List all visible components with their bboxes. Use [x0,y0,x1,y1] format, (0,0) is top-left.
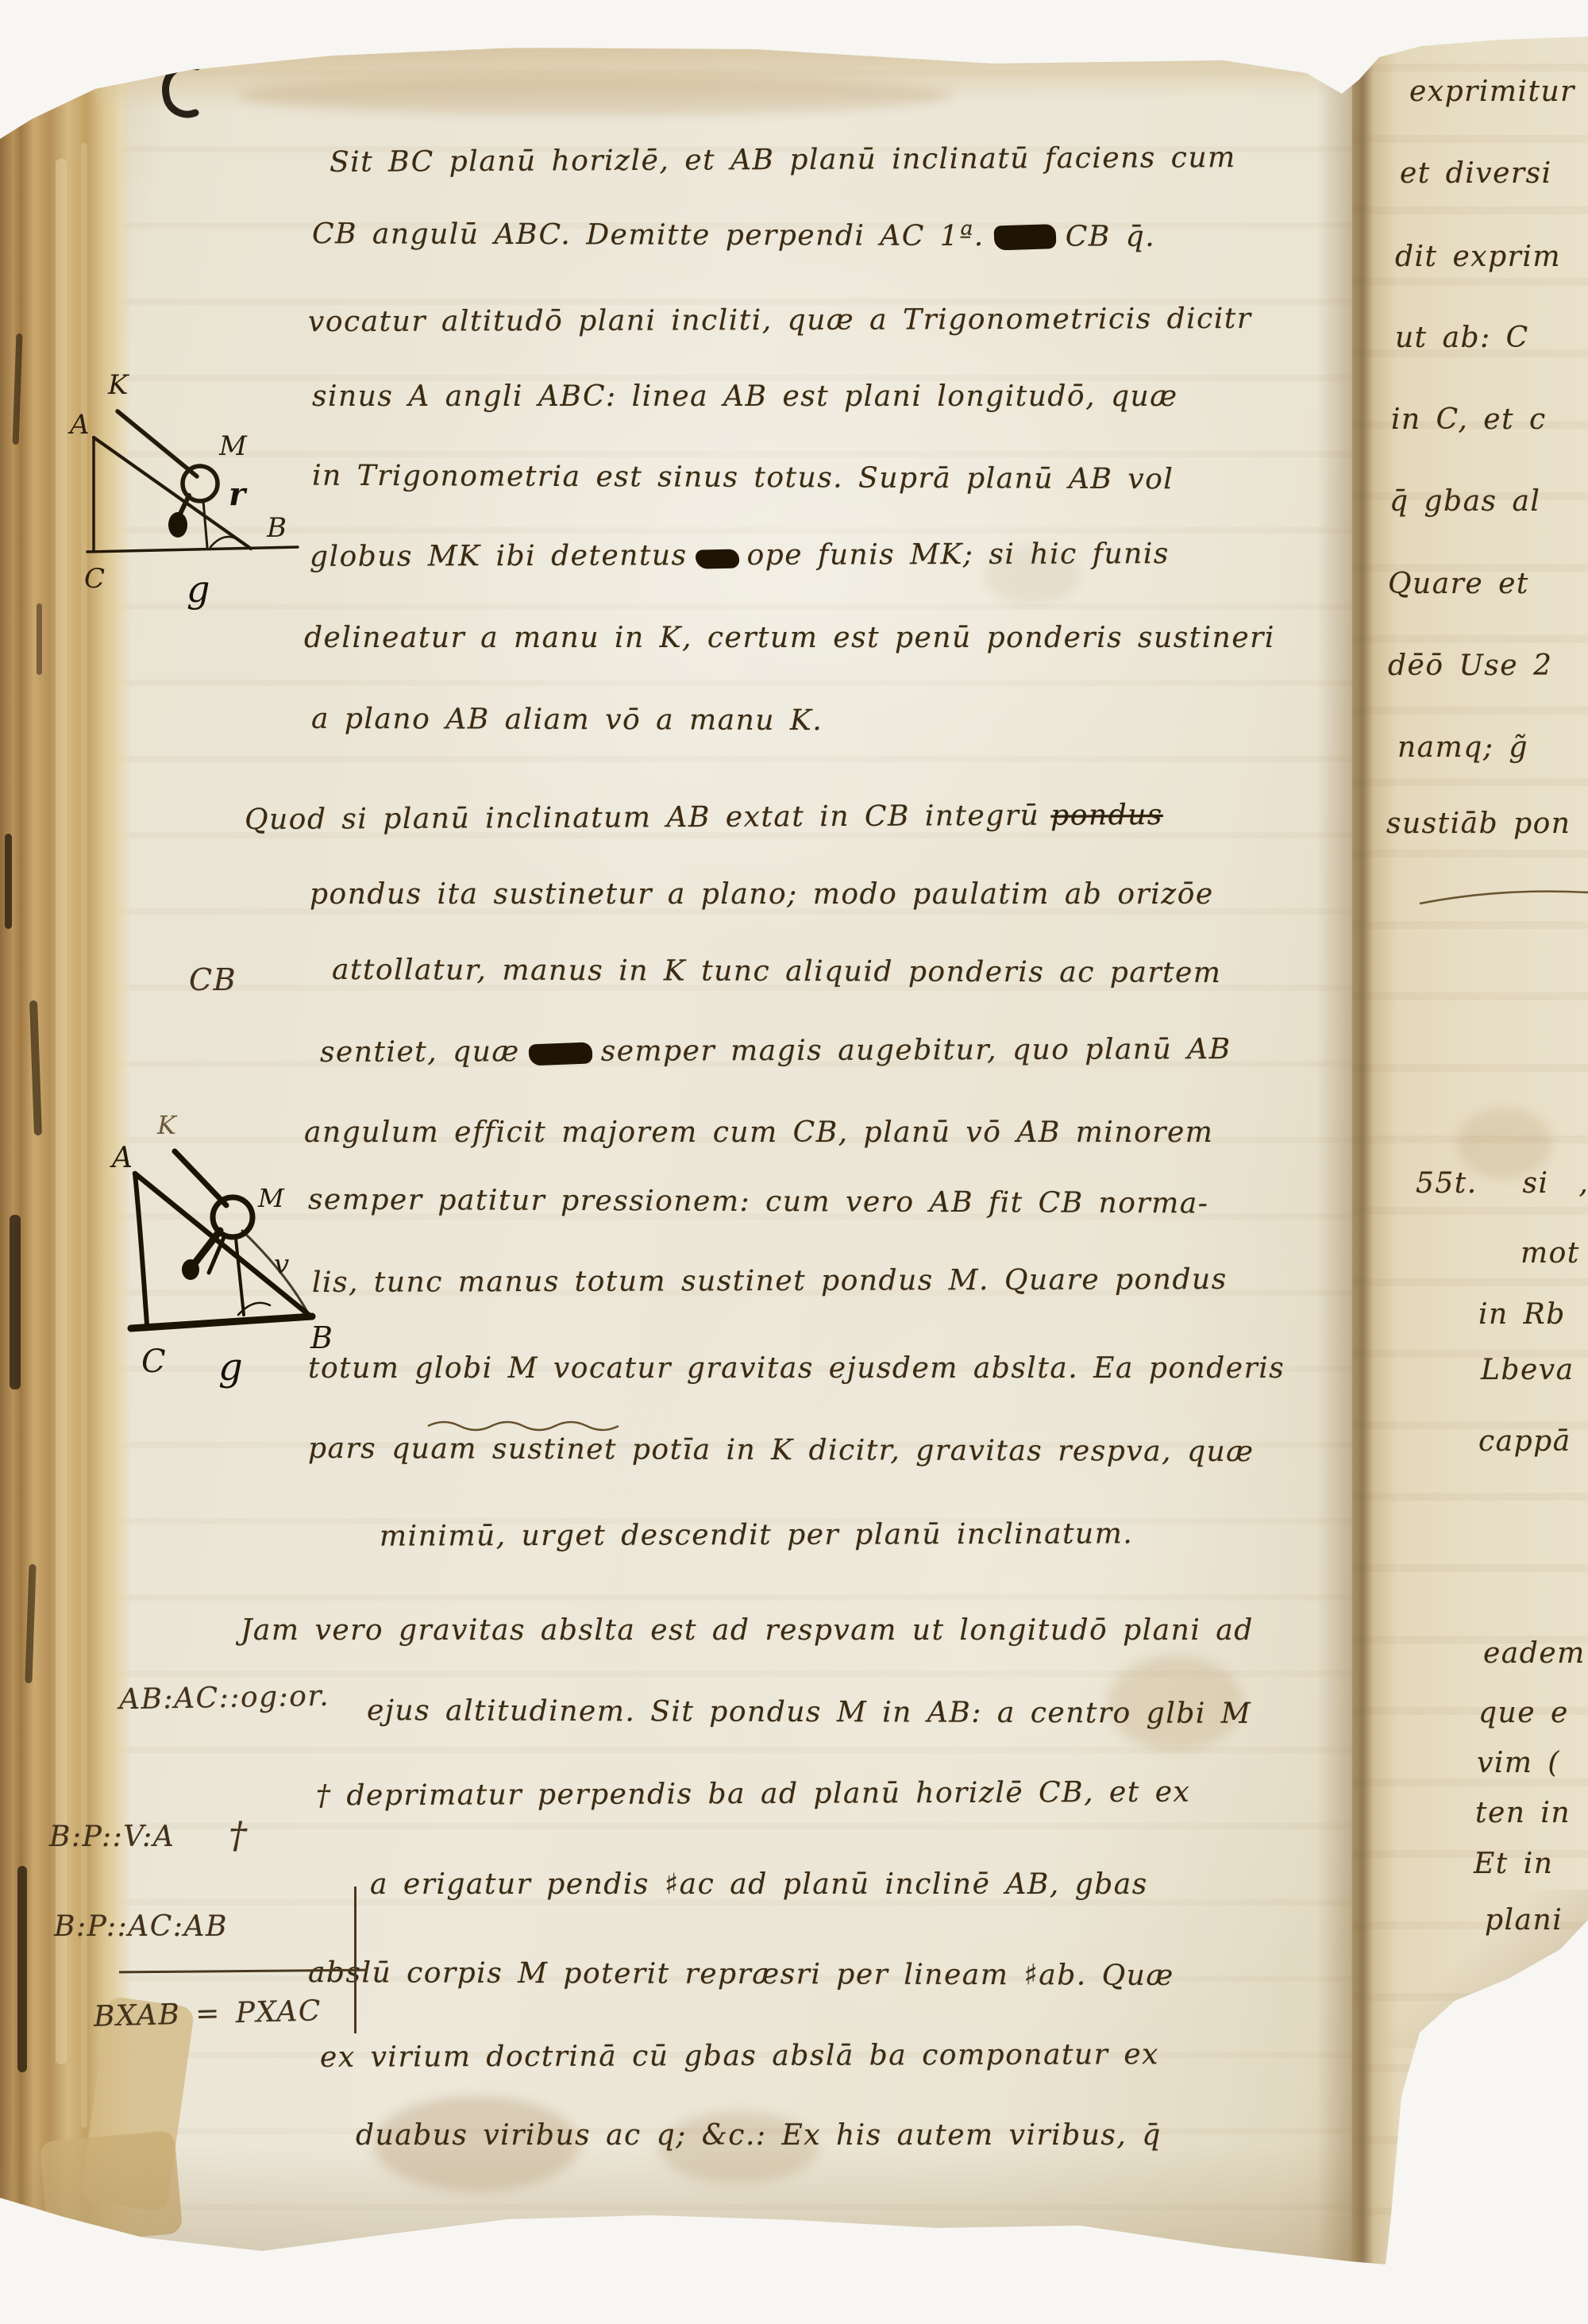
manuscript-line: abslū corpis M poterit repræsri per line… [308,1956,1174,1992]
manuscript-line: delineatur a manu in K, certum est penū … [304,622,1275,654]
line-text: in Trigonometria est sinus totus. Suprā … [312,460,1174,496]
right-page-line: ut ab: C [1395,322,1529,354]
margin-proportion-1: AB:AC::og:or. [119,1680,330,1717]
diagram-label-g: g [218,1345,243,1389]
manuscript-line: CB angulū ABC. Demitte perpendi AC 1ª.CB… [312,218,1155,253]
right-page-line: et diversi [1400,157,1552,190]
struck-word: pondus [1050,799,1163,832]
manuscript-line: duabus viribus ac q; &c.: Ex his autem v… [356,2119,1162,2152]
manuscript-line: † deprimatur perpendis ba ad planū horiz… [316,1776,1190,1813]
right-page-line: plani [1485,1904,1563,1937]
diagram-label-C: C [84,563,105,595]
wavy-underline [425,1415,639,1434]
right-page-line: Quare et [1388,568,1529,600]
manuscript-photo: { "palette":{"ink":"#33260f","ink_heavy"… [0,0,1588,2324]
line-text: CB angulū ABC. Demitte perpendi AC 1ª. [312,218,985,252]
diagram-label-v: v [274,1249,289,1281]
margin-rule-vertical [354,1887,357,2033]
line-text: abslū corpis M poterit repræsri per line… [308,1956,1174,1992]
manuscript-line: a erigatur pendis ♯ac ad planū inclinē A… [370,1868,1148,1901]
line-text: pondus ita sustinetur a plano; modo paul… [310,878,1214,911]
manuscript-line: totum globi M vocatur gravitas ejusdem a… [308,1352,1285,1385]
line-text: duabus viribus ac q; &c.: Ex his autem v… [356,2119,1162,2152]
ink-blot-strikeout [695,549,738,569]
diagram-label-g: g [187,568,210,611]
line-text: Sit BC planū horizlē, et AB planū inclin… [330,141,1236,179]
edge-crevice [10,1215,21,1389]
line-text: a erigatur pendis ♯ac ad planū inclinē A… [370,1868,1148,1901]
manuscript-line: vocatur altitudō plani incliti, quæ a Tr… [308,303,1252,338]
book-gutter [1316,32,1396,2279]
right-page-line: 55t. si , a [1416,1167,1588,1200]
manuscript-line: sentiet, quæsemper magis augebitur, quo … [320,1033,1231,1069]
manuscript-line: pondus ita sustinetur a plano; modo paul… [310,878,1214,911]
diagram-label-A: A [110,1142,133,1174]
line-text: CB q̄. [1066,220,1156,252]
right-page-line: in C, et c [1391,403,1547,436]
margin-proportion-2: B:P::V:A [49,1821,175,1853]
manuscript-line: Jam vero gravitas abslta est ad respvam … [241,1614,1254,1647]
line-text: angulum efficit majorem cum CB, planū vō… [304,1116,1213,1149]
diagram-label-K: K [107,369,130,401]
manuscript-line: a plano AB aliam vō a manu K. [311,703,823,737]
diagram-label-M: M [218,430,248,462]
line-text: sinus A angli ABC: linea AB est plani lo… [312,380,1178,413]
open-book: Sit BC planū horizlē, et AB planū inclin… [0,0,1588,2324]
right-page-line: mot [1521,1237,1580,1270]
manuscript-line: Quod si planū inclinatum AB extat in CB … [245,799,1163,836]
ink-blot-redaction [993,224,1056,250]
diagram-inclined-plane-1: K A M r B C g [64,356,341,622]
right-page-line: in Rb [1478,1298,1566,1331]
manuscript-line: pars quam sustinet potīa in K dicitr, gr… [308,1432,1255,1468]
diagram-label-M: M [257,1183,285,1213]
manuscript-line: minimū, urget descendit per planū inclin… [380,1517,1133,1552]
edge-crevice [17,1866,27,2072]
edge-crevice [5,834,12,929]
diagram-label-B: B [310,1320,333,1355]
manuscript-line: lis, tunc manus totum sustinet pondus M.… [312,1263,1228,1299]
line-text: totum globi M vocatur gravitas ejusdem a… [308,1352,1285,1385]
margin-product-formula: BXAB = PXAC [94,1994,322,2033]
ink-weight-blob [168,512,187,538]
manuscript-line: angulum efficit majorem cum CB, planū vō… [304,1116,1213,1149]
line-text: a plano AB aliam vō a manu K. [311,703,823,737]
line-text: Quod si planū inclinatum AB extat in CB … [245,800,1039,836]
cross-mark: † [229,1813,249,1856]
ink-weight-blob [182,1259,199,1280]
right-page-line: cappā [1478,1425,1571,1458]
margin-note-cb: CB [189,962,237,997]
diagram-label-C: C [141,1343,166,1380]
line-text: lis, tunc manus totum sustinet pondus M.… [312,1263,1228,1299]
ink-blot-strikeout [528,1042,592,1066]
diagram-label-r: r [229,476,248,513]
line-text: globus MK ibi detentus [310,539,688,573]
right-page-line: dēō Use 2 [1388,649,1552,682]
line-text: Jam vero gravitas abslta est ad respvam … [241,1614,1254,1647]
line-text: delineatur a manu in K, certum est penū … [304,622,1275,654]
manuscript-line: Sit BC planū horizlē, et AB planū inclin… [330,141,1236,179]
line-text: semper magis augebitur, quo planū AB [601,1033,1231,1068]
manuscript-line: sinus A angli ABC: linea AB est plani lo… [312,380,1178,413]
line-text: semper patitur pressionem: cum vero AB f… [308,1184,1209,1220]
line-text: minimū, urget descendit per planū inclin… [380,1517,1133,1552]
line-text: † deprimatur perpendis ba ad planū horiz… [316,1776,1190,1813]
line-text: ejus altitudinem. Sit pondus M in AB: a … [367,1694,1251,1730]
right-page-line: namq; g̃ [1397,731,1528,764]
line-text: pars quam sustinet potīa in K dicitr, gr… [308,1432,1255,1468]
edge-crevice [37,603,42,675]
right-page-line: ten in [1475,1797,1571,1829]
paper-stain [238,75,953,115]
right-page-line: vim ( [1477,1747,1560,1779]
manuscript-line: globus MK ibi detentusope funis MK; si h… [310,538,1170,573]
manuscript-line: in Trigonometria est sinus totus. Suprā … [312,460,1174,496]
ink-flourish [156,57,219,129]
right-page-rule [1413,873,1588,913]
diagram-inclined-plane-2: K A M v B C g [99,1110,353,1412]
diagram-label-K: K [156,1110,178,1140]
line-text: attollatur, manus in K tunc aliquid pond… [332,954,1222,989]
diagram-label-A: A [67,409,90,441]
diagram-label-B: B [266,512,287,544]
manuscript-line: attollatur, manus in K tunc aliquid pond… [332,954,1222,989]
right-page-line: eadem [1483,1637,1586,1670]
manuscript-line: semper patitur pressionem: cum vero AB f… [308,1184,1209,1220]
right-page-line: dit exprim [1395,241,1561,273]
right-page-line: que e [1478,1697,1569,1729]
right-page-line: sustiāb pon [1386,807,1571,840]
line-text: ope funis MK; si hic funis [746,538,1169,572]
manuscript-line: ex virium doctrinā cū gbas abslā ba comp… [320,2038,1159,2074]
line-text: sentiet, quæ [320,1035,520,1069]
manuscript-line: ejus altitudinem. Sit pondus M in AB: a … [367,1694,1251,1730]
line-text: vocatur altitudō plani incliti, quæ a Tr… [308,303,1252,338]
right-page-line: Lbeva [1481,1354,1575,1386]
line-text: ex virium doctrinā cū gbas abslā ba comp… [320,2038,1159,2074]
right-page-line: Et in [1474,1848,1553,1880]
right-page-line: q̄ gbas al [1389,485,1540,518]
margin-proportion-3: B:P::AC:AB [54,1910,228,1943]
right-page-line: exprimitur [1409,75,1575,108]
